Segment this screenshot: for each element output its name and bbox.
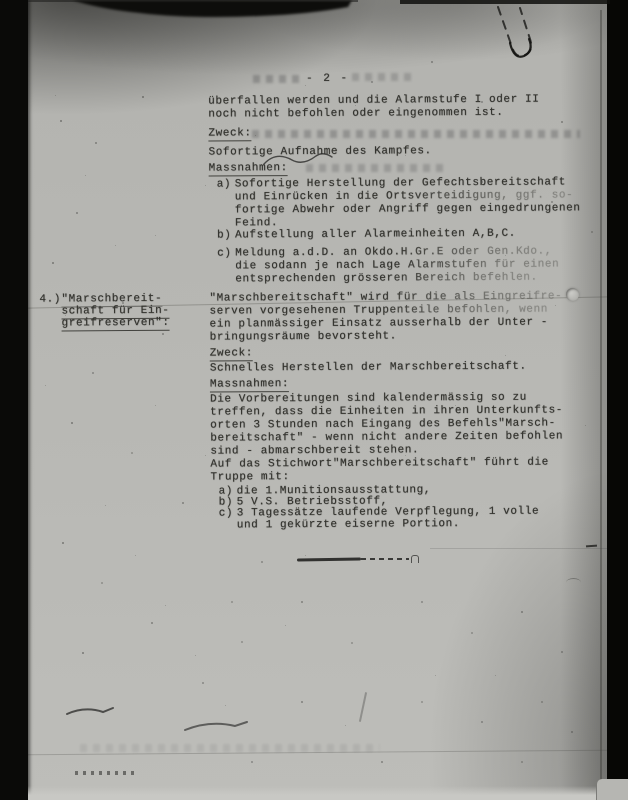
text-line: bringungsräume bevorsteht. bbox=[210, 330, 397, 343]
list-item-line: fortige Abwehr oder Angriff gegen einged… bbox=[235, 202, 581, 216]
text-line: ein planmässiger Einsatz ausserhalb der … bbox=[210, 316, 549, 330]
text-line: sind - abmarschbereit stehen. bbox=[210, 444, 419, 457]
list-item-line: entsprechenden grösseren Bereich befehle… bbox=[235, 272, 538, 286]
heading-zweck-1: Zweck: bbox=[208, 127, 251, 141]
dotted-smudge bbox=[75, 771, 137, 775]
text-line: orten 3 Stunden nach Eingang des Befehls… bbox=[210, 417, 556, 431]
text-line: serven vorgesehenen Truppenteile befohle… bbox=[209, 303, 548, 317]
strikeout-line-dashes bbox=[361, 558, 409, 560]
strikeout-hook-mark bbox=[411, 555, 419, 563]
list-item-line: 3 Tagessätze laufende Verpflegung, 1 vol… bbox=[237, 506, 540, 520]
list-marker: b) bbox=[217, 229, 231, 241]
scan-border-top-blob bbox=[60, 0, 360, 26]
scan-border-left bbox=[0, 0, 28, 800]
section-number: 4.) bbox=[39, 293, 61, 305]
list-item-line: die sodann je nach Lage Alarmstufen für … bbox=[235, 258, 559, 272]
ink-smudges bbox=[55, 700, 275, 740]
list-marker: c) bbox=[217, 247, 231, 259]
list-item-line: und Einrücken in die Ortsverteidigung, g… bbox=[235, 189, 574, 203]
scan-border-top-shade bbox=[28, 0, 358, 2]
text-line: Truppe mit: bbox=[210, 471, 289, 483]
heading-massnahmen-2: Massnahmen: bbox=[210, 378, 289, 392]
text-line: Auf das Stichwort"Marschbereitschaft" fü… bbox=[210, 456, 549, 470]
scan-bottom-strip bbox=[28, 786, 596, 800]
paperclip-mark bbox=[490, 3, 542, 69]
page-number: - 2 - bbox=[306, 73, 349, 85]
heading-zweck-2: Zweck: bbox=[210, 347, 253, 361]
paper-edge-line bbox=[600, 10, 602, 780]
list-item-line: Aufstellung aller Alarmeinheiten A,B,C. bbox=[235, 228, 516, 242]
text-line: Die Vorbereitungen sind kalendermässig s… bbox=[210, 392, 527, 406]
text-line: bereitschaft" - wenn nicht andere Zeiten… bbox=[210, 430, 563, 444]
scanned-document-image: - 2 - überfallen werden und die Alarmstu… bbox=[0, 0, 628, 800]
scan-bottom-corner-piece bbox=[597, 779, 628, 800]
list-item-line: und 1 gekürzte eiserne Portion. bbox=[237, 518, 460, 531]
margin-arc-mark bbox=[566, 578, 581, 587]
list-item-line: Feind. bbox=[235, 217, 278, 229]
text-line: "Marschbereitschaft" wird für die als Ei… bbox=[209, 290, 562, 304]
pencil-squiggle bbox=[258, 146, 348, 172]
typewritten-text: - 2 - überfallen werden und die Alarmstu… bbox=[0, 0, 628, 800]
list-item-line: Sofortige Herstellung der Gefechtsbereit… bbox=[235, 176, 566, 190]
scan-border-right bbox=[607, 0, 628, 800]
list-marker: a) bbox=[217, 178, 231, 190]
margin-heading-line: greifreserven": bbox=[61, 317, 169, 332]
list-marker: c) bbox=[219, 507, 233, 519]
text-line: Schnelles Herstellen der Marschbereitsch… bbox=[210, 361, 527, 375]
text-line: überfallen werden und die Alarmstufe I o… bbox=[208, 94, 539, 108]
list-item-line: Meldung a.d.D. an Okdo.H.Gr.E oder Gen.K… bbox=[235, 245, 552, 259]
text-line: noch nicht befohlen oder eingenommen ist… bbox=[208, 107, 503, 121]
text-line: treffen, dass die Einheiten in ihren Unt… bbox=[210, 404, 563, 418]
